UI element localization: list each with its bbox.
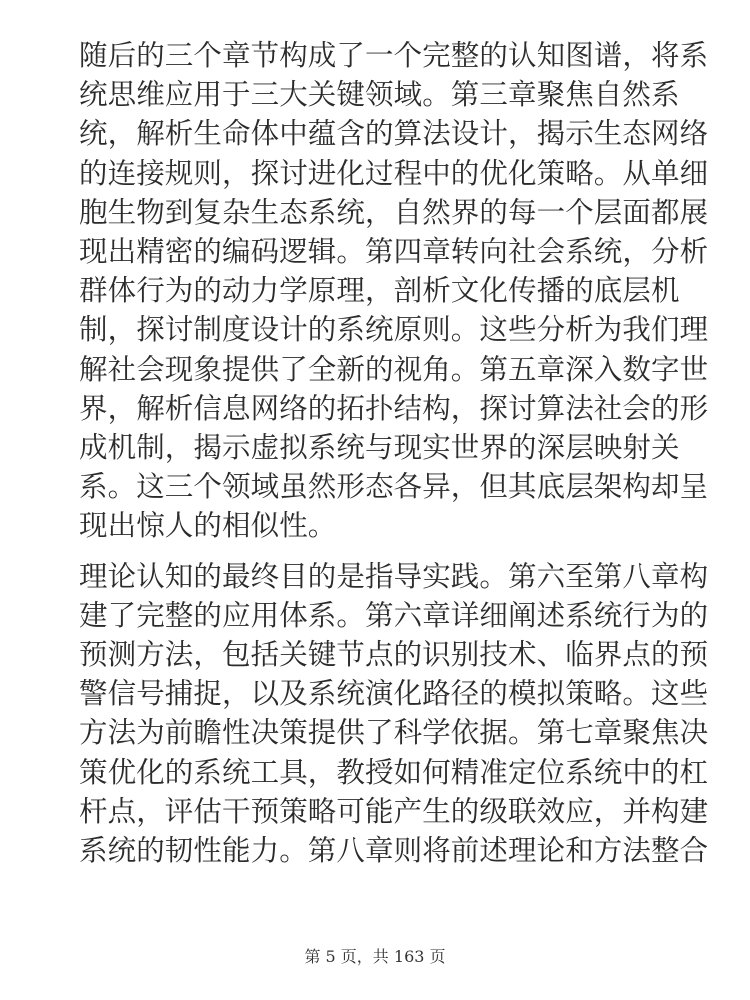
text-line: 胞生物到复杂生态系统，自然界的每一个层面都展 xyxy=(79,193,679,232)
text-line: 现出惊人的相似性。 xyxy=(79,506,679,545)
text-line: 理论认知的最终目的是指导实践。第六至第八章构 xyxy=(79,557,679,596)
text-line: 成机制，揭示虚拟系统与现实世界的深层映射关 xyxy=(79,428,679,467)
text-line: 方法为前瞻性决策提供了科学依据。第七章聚焦决 xyxy=(79,713,679,752)
paragraph-2: 理论认知的最终目的是指导实践。第六至第八章构 建了完整的应用体系。第六章详细阐述… xyxy=(79,557,679,871)
text-line: 警信号捕捉，以及系统演化路径的模拟策略。这些 xyxy=(79,674,679,713)
text-line: 统，解析生命体中蕴含的算法设计，揭示生态网络 xyxy=(79,114,679,153)
text-line: 预测方法，包括关键节点的识别技术、临界点的预 xyxy=(79,635,679,674)
paragraph-1: 随后的三个章节构成了一个完整的认知图谱，将系 统思维应用于三大关键领域。第三章聚… xyxy=(79,36,679,546)
text-line: 群体行为的动力学原理，剖析文化传播的底层机 xyxy=(79,271,679,310)
page-body: 随后的三个章节构成了一个完整的认知图谱，将系 统思维应用于三大关键领域。第三章聚… xyxy=(79,36,679,870)
page-number-footer: 第 5 页，共 163 页 xyxy=(0,944,750,967)
text-line: 制，探讨制度设计的系统原则。这些分析为我们理 xyxy=(79,310,679,349)
text-line: 现出精密的编码逻辑。第四章转向社会系统，分析 xyxy=(79,232,679,271)
text-line: 系统的韧性能力。第八章则将前述理论和方法整合 xyxy=(79,831,679,870)
text-line: 系。这三个领域虽然形态各异，但其底层架构却呈 xyxy=(79,467,679,506)
text-line: 界，解析信息网络的拓扑结构，探讨算法社会的形 xyxy=(79,389,679,428)
text-line: 的连接规则，探讨进化过程中的优化策略。从单细 xyxy=(79,154,679,193)
text-line: 建了完整的应用体系。第六章详细阐述系统行为的 xyxy=(79,596,679,635)
text-line: 解社会现象提供了全新的视角。第五章深入数字世 xyxy=(79,350,679,389)
document-page: 随后的三个章节构成了一个完整的认知图谱，将系 统思维应用于三大关键领域。第三章聚… xyxy=(0,0,750,1000)
text-line: 杆点，评估干预策略可能产生的级联效应，并构建 xyxy=(79,792,679,831)
text-line: 随后的三个章节构成了一个完整的认知图谱，将系 xyxy=(79,36,679,75)
text-line: 策优化的系统工具，教授如何精准定位系统中的杠 xyxy=(79,753,679,792)
text-line: 统思维应用于三大关键领域。第三章聚焦自然系 xyxy=(79,75,679,114)
